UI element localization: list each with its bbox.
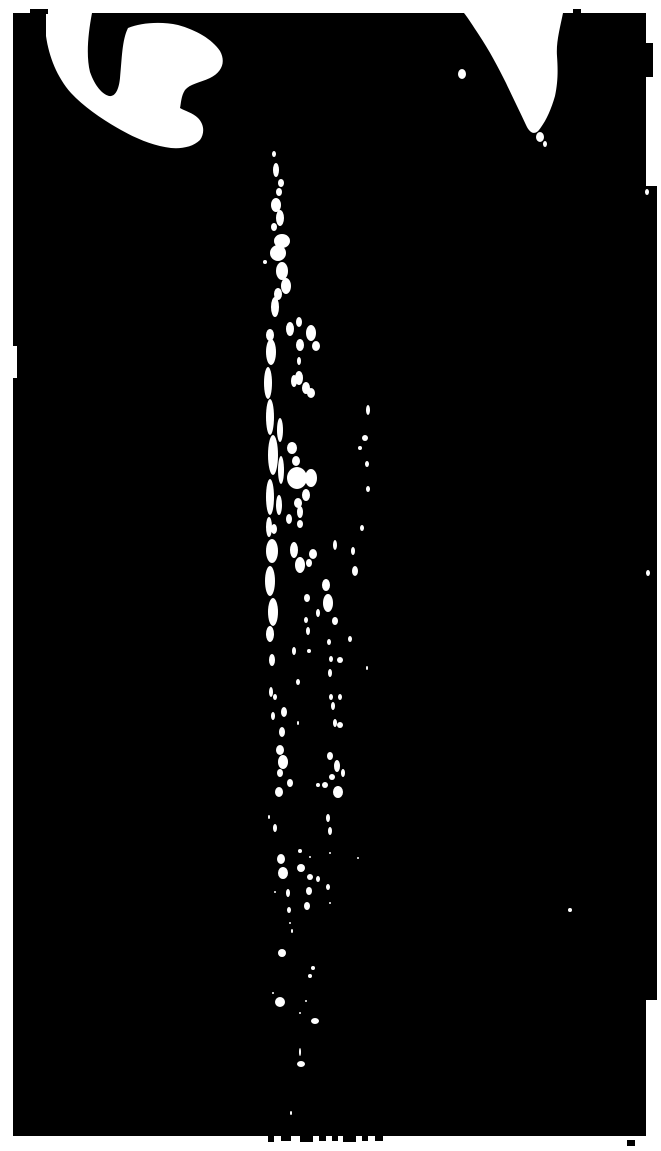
stream-speck	[287, 907, 291, 913]
stream-speck	[279, 727, 285, 737]
stream-speck	[277, 769, 283, 777]
stream-speck	[271, 297, 279, 317]
blob-fragment	[536, 132, 544, 142]
stream-speck	[357, 857, 359, 859]
stream-speck	[271, 524, 277, 534]
stream-speck	[274, 891, 276, 893]
stream-speck	[302, 489, 310, 501]
frame-border-segment	[0, 1136, 661, 1151]
stream-speck	[337, 657, 343, 663]
stream-speck	[273, 694, 277, 700]
stream-speck	[323, 594, 333, 612]
stream-speck	[297, 721, 299, 725]
stream-speck	[327, 752, 333, 760]
frame-border-segment	[646, 1000, 661, 1151]
frame-border-segment	[0, 0, 13, 1151]
frame-notch	[573, 9, 581, 14]
stream-speck	[278, 867, 288, 879]
stream-speck	[332, 617, 338, 625]
stream-speck	[309, 549, 317, 559]
stream-speck	[278, 755, 288, 769]
stream-speck	[277, 854, 285, 864]
stream-speck	[272, 151, 276, 157]
stream-speck	[263, 260, 267, 264]
stream-speck	[329, 694, 333, 700]
stream-speck	[311, 966, 315, 970]
stream-speck	[272, 992, 274, 994]
frame-border-segment	[0, 0, 661, 13]
stream-speck	[306, 559, 312, 567]
frame-notch	[375, 1136, 383, 1141]
stream-speck	[276, 210, 284, 226]
stream-speck	[304, 617, 308, 623]
stream-speck	[333, 540, 337, 550]
stream-speck	[281, 278, 291, 294]
stream-speck	[307, 388, 315, 398]
stream-speck	[337, 722, 343, 728]
stream-speck	[316, 609, 320, 617]
stream-speck	[269, 654, 275, 666]
stream-speck	[297, 506, 303, 518]
stream-speck	[297, 864, 305, 872]
stream-speck	[286, 322, 294, 336]
stream-speck	[276, 188, 282, 196]
stream-speck	[273, 824, 277, 832]
stream-speck	[297, 1061, 305, 1067]
stream-speck	[271, 198, 281, 212]
stream-speck	[352, 566, 358, 576]
frame-border-segment	[646, 0, 661, 186]
stream-speck	[296, 339, 304, 351]
stream-speck	[299, 1048, 301, 1056]
stream-speck	[273, 163, 279, 177]
stream-speck	[366, 666, 368, 670]
stream-speck	[333, 786, 343, 798]
stream-speck	[358, 446, 362, 450]
stream-speck	[348, 636, 352, 642]
stream-speck	[351, 547, 355, 555]
stream-speck	[278, 456, 284, 484]
stream-speck	[271, 712, 275, 720]
stream-speck	[295, 557, 305, 573]
stream-speck	[268, 598, 278, 626]
binarized-image-canvas	[0, 0, 661, 1151]
stream-speck	[304, 902, 310, 910]
stream-speck	[277, 418, 283, 442]
stream-speck	[366, 405, 370, 415]
stream-speck	[292, 647, 296, 655]
stream-speck	[568, 908, 572, 912]
blob-fragment	[543, 141, 547, 147]
stream-speck	[266, 626, 274, 642]
stream-speck	[646, 570, 650, 576]
stream-speck	[266, 539, 278, 563]
stream-speck	[306, 325, 316, 341]
stream-speck	[268, 815, 270, 819]
stream-speck	[296, 317, 302, 327]
stream-speck	[309, 856, 311, 858]
stream-speck	[326, 814, 330, 822]
stream-speck	[266, 479, 274, 515]
stream-speck	[289, 922, 291, 924]
stream-speck	[305, 1000, 307, 1002]
stream-speck	[291, 929, 293, 933]
frame-notch	[268, 1136, 274, 1142]
frame-notch	[362, 1136, 368, 1141]
stream-speck	[276, 262, 288, 280]
image-background	[0, 0, 661, 1151]
stream-speck	[297, 357, 301, 365]
stream-speck	[291, 375, 297, 387]
stream-speck	[341, 769, 345, 777]
frame-notch	[627, 1140, 635, 1146]
stream-speck	[329, 902, 331, 904]
frame-notch	[343, 1136, 356, 1142]
stream-speck	[365, 461, 369, 467]
stream-speck	[287, 442, 297, 454]
stream-speck	[307, 874, 313, 880]
stream-speck	[278, 949, 286, 957]
stream-speck	[287, 467, 307, 489]
binary-image	[0, 0, 661, 1151]
stream-speck	[276, 745, 284, 755]
stream-speck	[278, 179, 284, 187]
stream-speck	[281, 707, 287, 717]
stream-speck	[292, 456, 300, 466]
frame-notch	[646, 43, 653, 77]
stream-speck	[338, 694, 342, 700]
stream-speck	[297, 520, 303, 528]
stream-speck	[304, 594, 310, 602]
stream-speck	[266, 339, 276, 365]
stream-speck	[270, 245, 286, 261]
frame-notch	[300, 1136, 313, 1142]
stream-speck	[266, 329, 274, 341]
stream-speck	[328, 669, 332, 677]
stream-speck	[306, 627, 310, 635]
stream-speck	[329, 852, 331, 854]
stream-speck	[327, 639, 331, 645]
stream-speck	[299, 1012, 301, 1014]
stream-speck	[311, 1018, 319, 1024]
stream-speck	[645, 189, 649, 195]
frame-notch	[281, 1136, 291, 1141]
stream-speck	[322, 782, 328, 788]
stream-speck	[326, 884, 330, 890]
stream-speck	[266, 517, 272, 537]
stream-speck	[331, 702, 335, 710]
stream-speck	[265, 566, 275, 596]
stream-speck	[360, 525, 364, 531]
stream-speck	[296, 679, 300, 685]
stream-speck	[269, 687, 273, 697]
stream-speck	[316, 783, 320, 787]
frame-notch	[30, 9, 48, 14]
stream-speck	[316, 876, 320, 882]
frame-notch	[319, 1136, 326, 1141]
stream-speck	[329, 774, 335, 780]
stream-speck	[307, 649, 311, 653]
stream-speck	[286, 889, 290, 897]
stream-speck	[362, 435, 368, 441]
stream-speck	[329, 656, 333, 662]
stream-speck	[286, 514, 292, 524]
stream-speck	[290, 542, 298, 558]
stream-speck	[266, 399, 274, 435]
stream-speck	[276, 495, 282, 515]
stream-speck	[328, 827, 332, 835]
stream-speck	[264, 367, 272, 399]
stream-speck	[287, 779, 293, 787]
stream-speck	[306, 887, 312, 895]
stream-speck	[298, 849, 302, 853]
stream-speck	[308, 974, 312, 978]
frame-notch	[332, 1136, 338, 1141]
frame-border-segment	[657, 186, 661, 1000]
stream-speck	[334, 760, 340, 772]
stream-speck	[366, 486, 370, 492]
stream-speck	[275, 787, 283, 797]
stream-speck	[305, 469, 317, 487]
stream-speck	[290, 1111, 292, 1115]
stream-speck	[333, 719, 337, 727]
frame-border-segment	[13, 346, 17, 378]
stream-speck	[268, 435, 278, 475]
stream-speck	[275, 997, 285, 1007]
stream-speck	[322, 579, 330, 591]
blob-fragment	[458, 69, 466, 79]
stream-speck	[271, 223, 277, 231]
stream-speck	[312, 341, 320, 351]
